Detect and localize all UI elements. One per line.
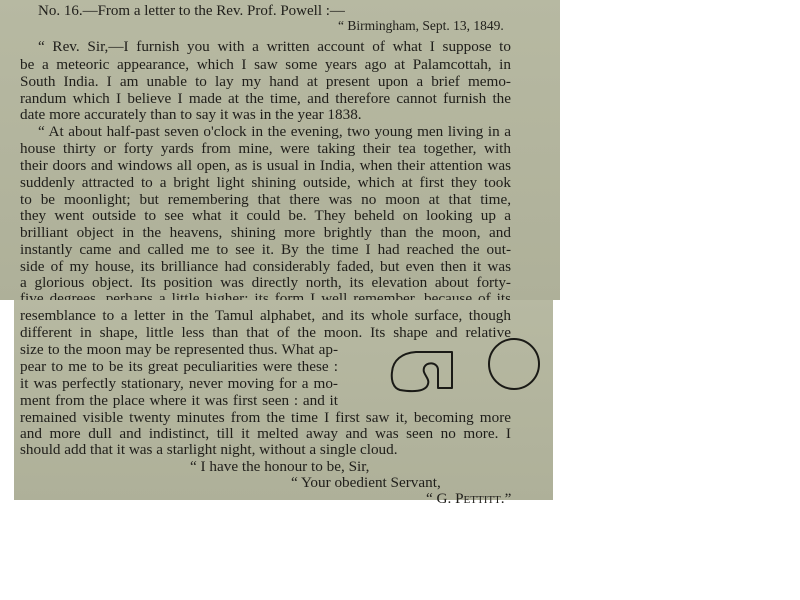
scanned-page-bottom: resemblance to a letter in the Tamul alp… [14,300,553,500]
signature: “ G. Pettitt.” [426,489,511,508]
text-line: “ Rev. Sir,—I furnish you with a written… [38,37,511,56]
text-line-fragment [20,286,511,300]
scanned-page-top: No. 16.—From a letter to the Rev. Prof. … [0,0,560,300]
dateline: “ Birmingham, Sept. 13, 1849. [338,16,504,35]
letter-heading: No. 16.—From a letter to the Rev. Prof. … [38,2,345,21]
closing-line: “ Your obedient Servant, [291,473,441,492]
meteor-shape-icon [390,348,460,394]
moon-circle-icon [486,336,542,392]
